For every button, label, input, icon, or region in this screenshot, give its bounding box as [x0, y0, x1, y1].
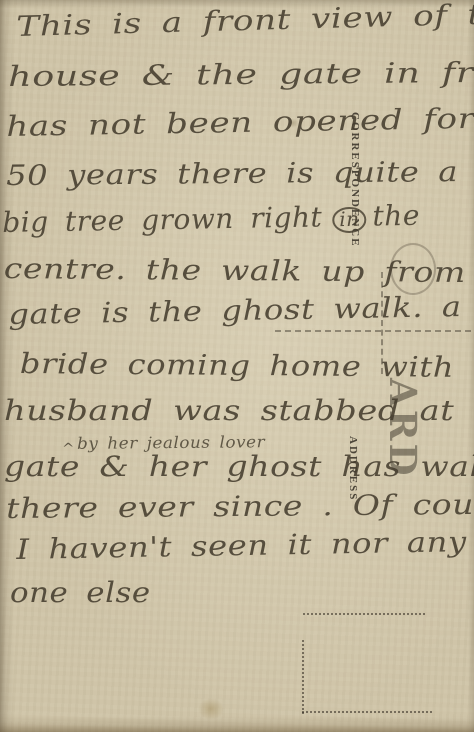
handwriting-line-1: This is a front view of the [16, 0, 474, 43]
address-dotted-line-top [303, 613, 425, 615]
handwriting-line-2: house & the gate in front [8, 55, 474, 93]
address-dotted-line-bottom [302, 711, 432, 713]
handwriting-line-12: I haven't seen it nor any [16, 525, 467, 566]
handwriting-line-5-text: big tree grown right [2, 200, 323, 239]
handwriting-line-13: one else [10, 576, 151, 609]
handwriting-line-11: there ever since . Of course [6, 487, 474, 525]
handwriting-line-8: bride coming home with her [20, 347, 474, 384]
postcard-back: CORRESPONDENCE ADDRESS ARD This is a fro… [0, 0, 474, 732]
handwriting-line-9: husband was stabbed at the [4, 394, 474, 427]
circled-word-in: in [332, 207, 367, 234]
handwriting-line-7: gate is the ghost walk. a [8, 290, 462, 331]
handwriting-line-5-tail: the [372, 199, 420, 233]
handwriting-line-3: has not been opened for [6, 102, 474, 143]
handwriting-line-6: centre. the walk up from the [4, 252, 474, 290]
address-dotted-line-side [302, 640, 304, 714]
handwriting-line-4: 50 years there is quite a [6, 155, 458, 192]
stamp-box-dashed-line-horizontal [275, 330, 471, 332]
handwriting-line-10: gate & her ghost has walked [4, 450, 474, 483]
paper-stain [198, 698, 224, 720]
